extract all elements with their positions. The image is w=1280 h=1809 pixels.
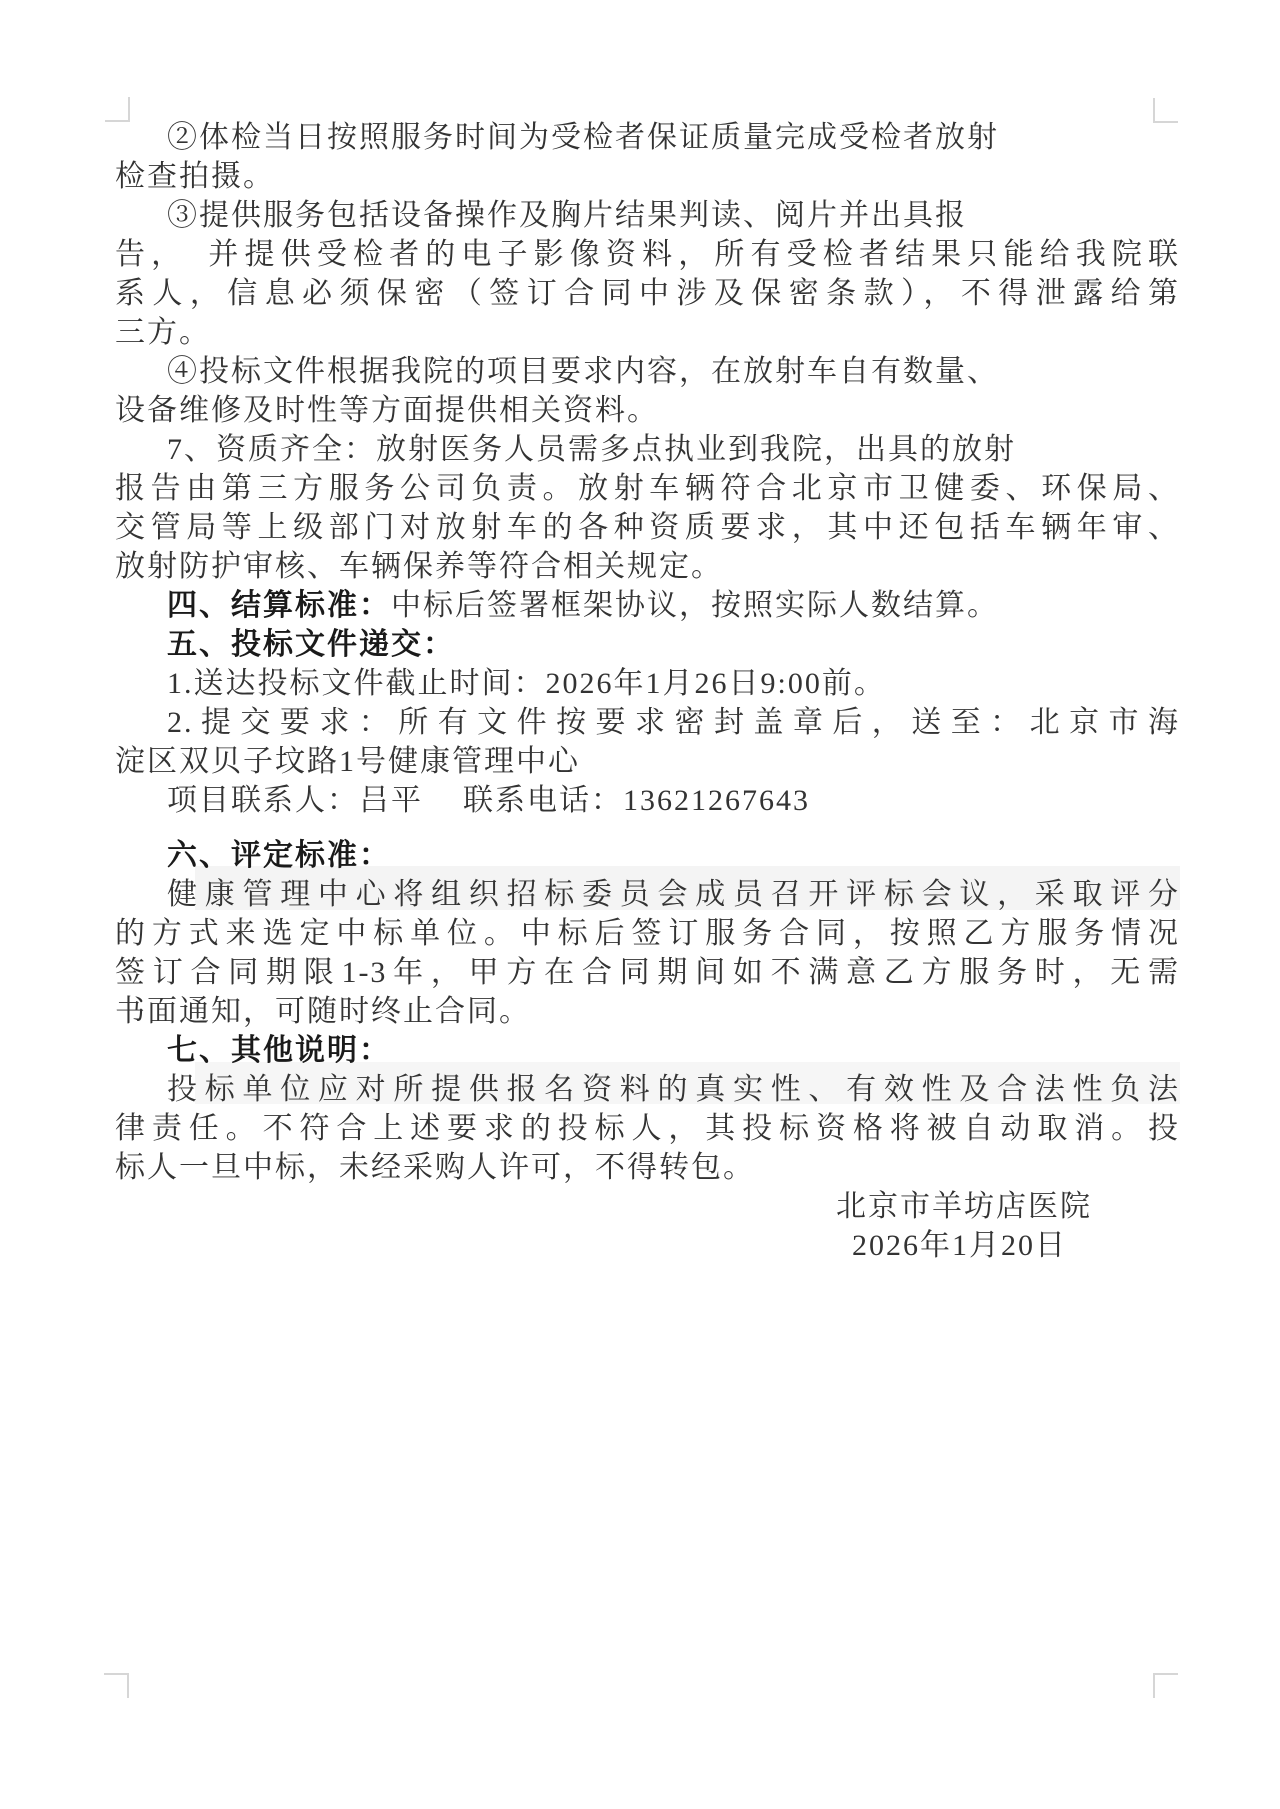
paragraph-line: 放射防护审核、车辆保养等符合相关规定。 <box>115 547 1180 586</box>
paragraph-line: 设备维修及时性等方面提供相关资料。 <box>115 391 1180 430</box>
signature-org: 北京市羊坊店医院 <box>115 1187 1092 1226</box>
paragraph-line: 健康管理中心将组织招标委员会成员召开评标会议，采取评分 <box>115 875 1180 914</box>
section-heading-evaluation: 六、评定标准： <box>167 839 391 872</box>
contact-label: 项目联系人： <box>167 784 359 817</box>
document-page: ②体检当日按照服务时间为受检者保证质量完成受检者放射 检查拍摄。 ③提供服务包括… <box>0 0 1280 1809</box>
paragraph-line: 五、投标文件递交： <box>115 625 1180 664</box>
paragraph-line: 的方式来选定中标单位。中标后签订服务合同，按照乙方服务情况 <box>115 914 1180 953</box>
signature-date: 2026年1月20日 <box>115 1226 1092 1265</box>
paragraph-line: 交管局等上级部门对放射车的各种资质要求，其中还包括车辆年审、 <box>115 508 1180 547</box>
paragraph-line: 七、其他说明： <box>115 1031 1180 1070</box>
paragraph-line: 标人一旦中标，未经采购人许可，不得转包。 <box>115 1148 1180 1187</box>
paragraph-line: 检查拍摄。 <box>115 157 1180 196</box>
paragraph-line: ③提供服务包括设备操作及胸片结果判读、阅片并出具报 <box>115 196 1180 235</box>
paragraph-line: 三方。 <box>115 313 1180 352</box>
paragraph-line: ②体检当日按照服务时间为受检者保证质量完成受检者放射 <box>115 118 1180 157</box>
contact-line: 项目联系人：吕平联系电话：13621267643 <box>115 781 1180 820</box>
paragraph-line: 告， 并提供受检者的电子影像资料，所有受检者结果只能给我院联 <box>115 235 1180 274</box>
section-heading-settlement: 四、结算标准： <box>167 589 391 622</box>
section-heading-submission: 五、投标文件递交： <box>167 628 455 661</box>
paragraph-line: 投标单位应对所提供报名资料的真实性、有效性及合法性负法 <box>115 1070 1180 1109</box>
section-heading-other-notes: 七、其他说明： <box>167 1034 391 1067</box>
phone-label: 联系电话： <box>463 784 623 817</box>
paragraph-line: ④投标文件根据我院的项目要求内容，在放射车自有数量、 <box>115 352 1180 391</box>
paragraph-line: 四、结算标准：中标后签署框架协议，按照实际人数结算。 <box>115 586 1180 625</box>
contact-name: 吕平 <box>359 784 423 817</box>
paragraph-line: 律责任。不符合上述要求的投标人，其投标资格将被自动取消。投 <box>115 1109 1180 1148</box>
paragraph-line: 1.送达投标文件截止时间：2026年1月26日9:00前。 <box>115 664 1180 703</box>
paragraph-line: 7、资质齐全：放射医务人员需多点执业到我院，出具的放射 <box>115 430 1180 469</box>
margin-corner-mark-bottom-right <box>1153 1673 1178 1698</box>
paragraph-line: 签订合同期限1-3年，甲方在合同期间如不满意乙方服务时，无需 <box>115 953 1180 992</box>
paragraph-text: 中标后签署框架协议，按照实际人数结算。 <box>391 589 999 622</box>
paragraph-line: 系人，信息必须保密（签订合同中涉及保密条款），不得泄露给第 <box>115 274 1180 313</box>
phone-number: 13621267643 <box>623 784 810 817</box>
paragraph-line: 六、评定标准： <box>115 836 1180 875</box>
document-body: ②体检当日按照服务时间为受检者保证质量完成受检者放射 检查拍摄。 ③提供服务包括… <box>115 118 1180 1265</box>
paragraph-line: 书面通知，可随时终止合同。 <box>115 992 1180 1031</box>
paragraph-line: 2.提交要求：所有文件按要求密封盖章后，送至：北京市海 <box>115 703 1180 742</box>
paragraph-line: 报告由第三方服务公司负责。放射车辆符合北京市卫健委、环保局、 <box>115 469 1180 508</box>
paragraph-line: 淀区双贝子坟路1号健康管理中心 <box>115 742 1180 781</box>
margin-corner-mark-bottom-left <box>104 1673 129 1698</box>
signature-block: 北京市羊坊店医院 2026年1月20日 <box>115 1187 1180 1265</box>
